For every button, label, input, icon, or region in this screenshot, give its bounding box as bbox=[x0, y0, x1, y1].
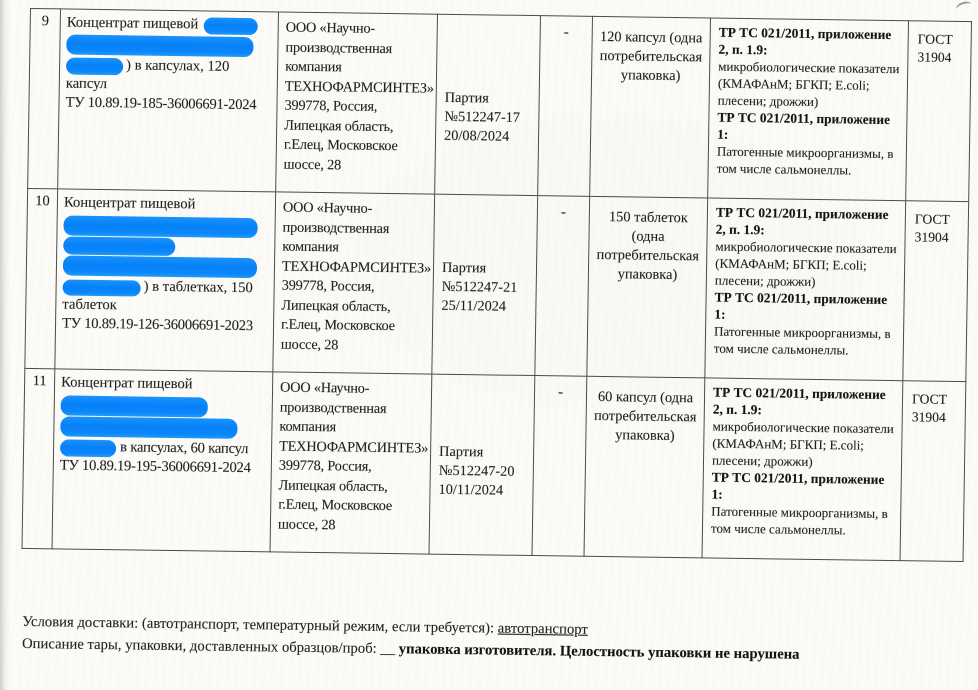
table-row: 9 Концентрат пищевой ) в капсулах, 120 к… bbox=[28, 9, 972, 202]
product-form-line: ) в капсулах, 120 bbox=[66, 56, 272, 78]
gost-text: ГОСТ 31904 bbox=[917, 31, 952, 64]
row-number: 9 bbox=[28, 9, 61, 189]
product-form-line: ) в таблетках, 150 bbox=[62, 276, 268, 298]
product-form-line: в капсулах, 60 капсул bbox=[60, 437, 266, 459]
product-form: ) в капсулах, 120 bbox=[126, 57, 229, 74]
requirement-heading: ТР ТС 021/2011, приложение 1: bbox=[717, 109, 903, 146]
row-number-text: 10 bbox=[35, 193, 50, 209]
requirement-heading: ТР ТС 021/2011, приложение 1: bbox=[711, 469, 897, 506]
batch-cell: Партия №512247-20 10/11/2024 bbox=[429, 374, 535, 555]
quantity-text: 120 капсул (одна потребительская упаковк… bbox=[600, 29, 703, 84]
product-name: Концентрат пищевой bbox=[61, 373, 267, 395]
product-name: Концентрат пищевой bbox=[64, 193, 270, 215]
dash-text: - bbox=[564, 24, 569, 40]
product-name-line: Концентрат пищевой bbox=[67, 14, 273, 36]
dash-cell: - bbox=[532, 376, 587, 557]
batch-cell: Партия №512247-17 20/08/2024 bbox=[435, 14, 541, 195]
requirement-text: микробиологические показатели (КМАФАнМ; … bbox=[718, 58, 904, 112]
product-cell: Концентрат пищевой ) в капсулах, 120 кап… bbox=[58, 9, 279, 192]
quantity-cell: 150 таблеток (одна потребительская упако… bbox=[587, 196, 708, 378]
requirements-cell: ТР ТС 021/2011, приложение 2, п. 1.9: ми… bbox=[708, 18, 909, 201]
redaction-mark bbox=[61, 395, 208, 417]
product-tu-number: ТУ 10.89.19-126-36006691-2023 bbox=[62, 314, 268, 336]
requirement-heading: ТР ТС 021/2011, приложение 2, п. 1.9: bbox=[716, 204, 902, 241]
quantity-cell: 120 капсул (одна потребительская упаковк… bbox=[590, 16, 711, 198]
quantity-cell: 60 капсул (одна потребительская упаковка… bbox=[584, 376, 705, 558]
batch-cell: Партия №512247-21 25/11/2024 bbox=[432, 194, 538, 375]
delivery-conditions-label: Условия доставки: (автотранспорт, темпер… bbox=[22, 614, 498, 637]
requirement-heading: ТР ТС 021/2011, приложение 2, п. 1.9: bbox=[713, 384, 899, 421]
manufacturer-text: ООО «Научно-производственная компания ТЕ… bbox=[283, 20, 433, 173]
redaction-mark bbox=[60, 439, 116, 457]
redaction-mark bbox=[66, 35, 253, 58]
redaction-mark bbox=[63, 215, 257, 238]
document-content: 9 Концентрат пищевой ) в капсулах, 120 к… bbox=[22, 8, 971, 562]
batch-text: Партия №512247-17 20/08/2024 bbox=[444, 90, 520, 145]
table-row: 11 Концентрат пищевой в капсулах, 60 кап… bbox=[22, 368, 966, 561]
redaction-mark bbox=[63, 255, 257, 278]
requirement-text: Патогенные микроорганизмы, в том числе с… bbox=[714, 323, 900, 360]
requirements-cell: ТР ТС 021/2011, приложение 2, п. 1.9: ми… bbox=[705, 198, 906, 381]
batch-text: Партия №512247-21 25/11/2024 bbox=[441, 260, 517, 315]
quantity-text: 150 таблеток (одна потребительская упако… bbox=[596, 209, 699, 283]
quantity-text: 60 капсул (одна потребительская упаковка… bbox=[594, 389, 697, 444]
manufacturer-text: ООО «Научно-производственная компания ТЕ… bbox=[278, 379, 428, 532]
product-cell: Концентрат пищевой в капсулах, 60 капсул… bbox=[52, 369, 273, 552]
gost-text: ГОСТ 31904 bbox=[912, 391, 947, 424]
manufacturer-cell: ООО «Научно-производственная компания ТЕ… bbox=[270, 372, 432, 554]
redaction-mark bbox=[62, 279, 140, 296]
gost-cell: ГОСТ 31904 bbox=[903, 201, 969, 382]
requirement-text: микробиологические показатели (КМАФАнМ; … bbox=[715, 238, 901, 292]
product-form: в капсулах, 60 капсул bbox=[120, 439, 248, 457]
requirement-text: Патогенные микроорганизмы, в том числе с… bbox=[717, 143, 903, 180]
gost-cell: ГОСТ 31904 bbox=[906, 21, 972, 202]
scanned-document-page: 9 Концентрат пищевой ) в капсулах, 120 к… bbox=[0, 0, 978, 690]
redaction-mark bbox=[63, 236, 175, 256]
redaction-mark bbox=[66, 58, 123, 76]
product-cell: Концентрат пищевой ) в таблетках, 150 та… bbox=[55, 189, 276, 372]
packaging-description-value: упаковка изготовителя. Целостность упако… bbox=[399, 641, 800, 663]
scan-edge-shadow bbox=[0, 0, 11, 690]
product-tu-number: ТУ 10.89.19-195-36006691-2024 bbox=[60, 456, 266, 478]
product-name: Концентрат пищевой bbox=[67, 15, 199, 33]
gost-cell: ГОСТ 31904 bbox=[900, 381, 966, 562]
delivery-conditions-value: автотранспорт bbox=[498, 621, 588, 638]
batch-text: Партия №512247-20 10/11/2024 bbox=[438, 444, 514, 499]
table-row: 10 Концентрат пищевой ) в таблетках, 150… bbox=[25, 188, 969, 381]
dash-cell: - bbox=[538, 16, 593, 197]
manufacturer-text: ООО «Научно-производственная компания ТЕ… bbox=[281, 200, 431, 353]
manufacturer-cell: ООО «Научно-производственная компания ТЕ… bbox=[273, 192, 435, 374]
packaging-description-label: Описание тары, упаковки, доставленных об… bbox=[22, 635, 399, 656]
row-number: 11 bbox=[22, 368, 55, 548]
product-form: ) в таблетках, 150 bbox=[144, 279, 253, 297]
row-number: 10 bbox=[25, 188, 58, 368]
footer: Условия доставки: (автотранспорт, темпер… bbox=[22, 612, 953, 668]
row-number-text: 11 bbox=[33, 373, 47, 389]
scan-corner-mark bbox=[955, 0, 973, 14]
dash-text: - bbox=[558, 384, 563, 400]
dash-cell: - bbox=[535, 196, 590, 377]
row-number-text: 9 bbox=[42, 13, 50, 29]
requirement-text: Патогенные микроорганизмы, в том числе с… bbox=[711, 503, 897, 540]
redaction-mark bbox=[204, 17, 258, 35]
requirement-heading: ТР ТС 021/2011, приложение 2, п. 1.9: bbox=[718, 24, 904, 61]
product-tu-number: ТУ 10.89.19-185-36006691-2024 bbox=[65, 93, 271, 115]
requirement-text: микробиологические показатели (КМАФАнМ; … bbox=[712, 418, 898, 472]
samples-table: 9 Концентрат пищевой ) в капсулах, 120 к… bbox=[22, 8, 972, 562]
redaction-mark bbox=[60, 416, 237, 438]
gost-text: ГОСТ 31904 bbox=[914, 211, 949, 244]
manufacturer-cell: ООО «Научно-производственная компания ТЕ… bbox=[276, 12, 438, 194]
dash-text: - bbox=[561, 204, 566, 220]
requirements-cell: ТР ТС 021/2011, приложение 2, п. 1.9: ми… bbox=[702, 378, 903, 561]
requirement-heading: ТР ТС 021/2011, приложение 1: bbox=[714, 289, 900, 326]
